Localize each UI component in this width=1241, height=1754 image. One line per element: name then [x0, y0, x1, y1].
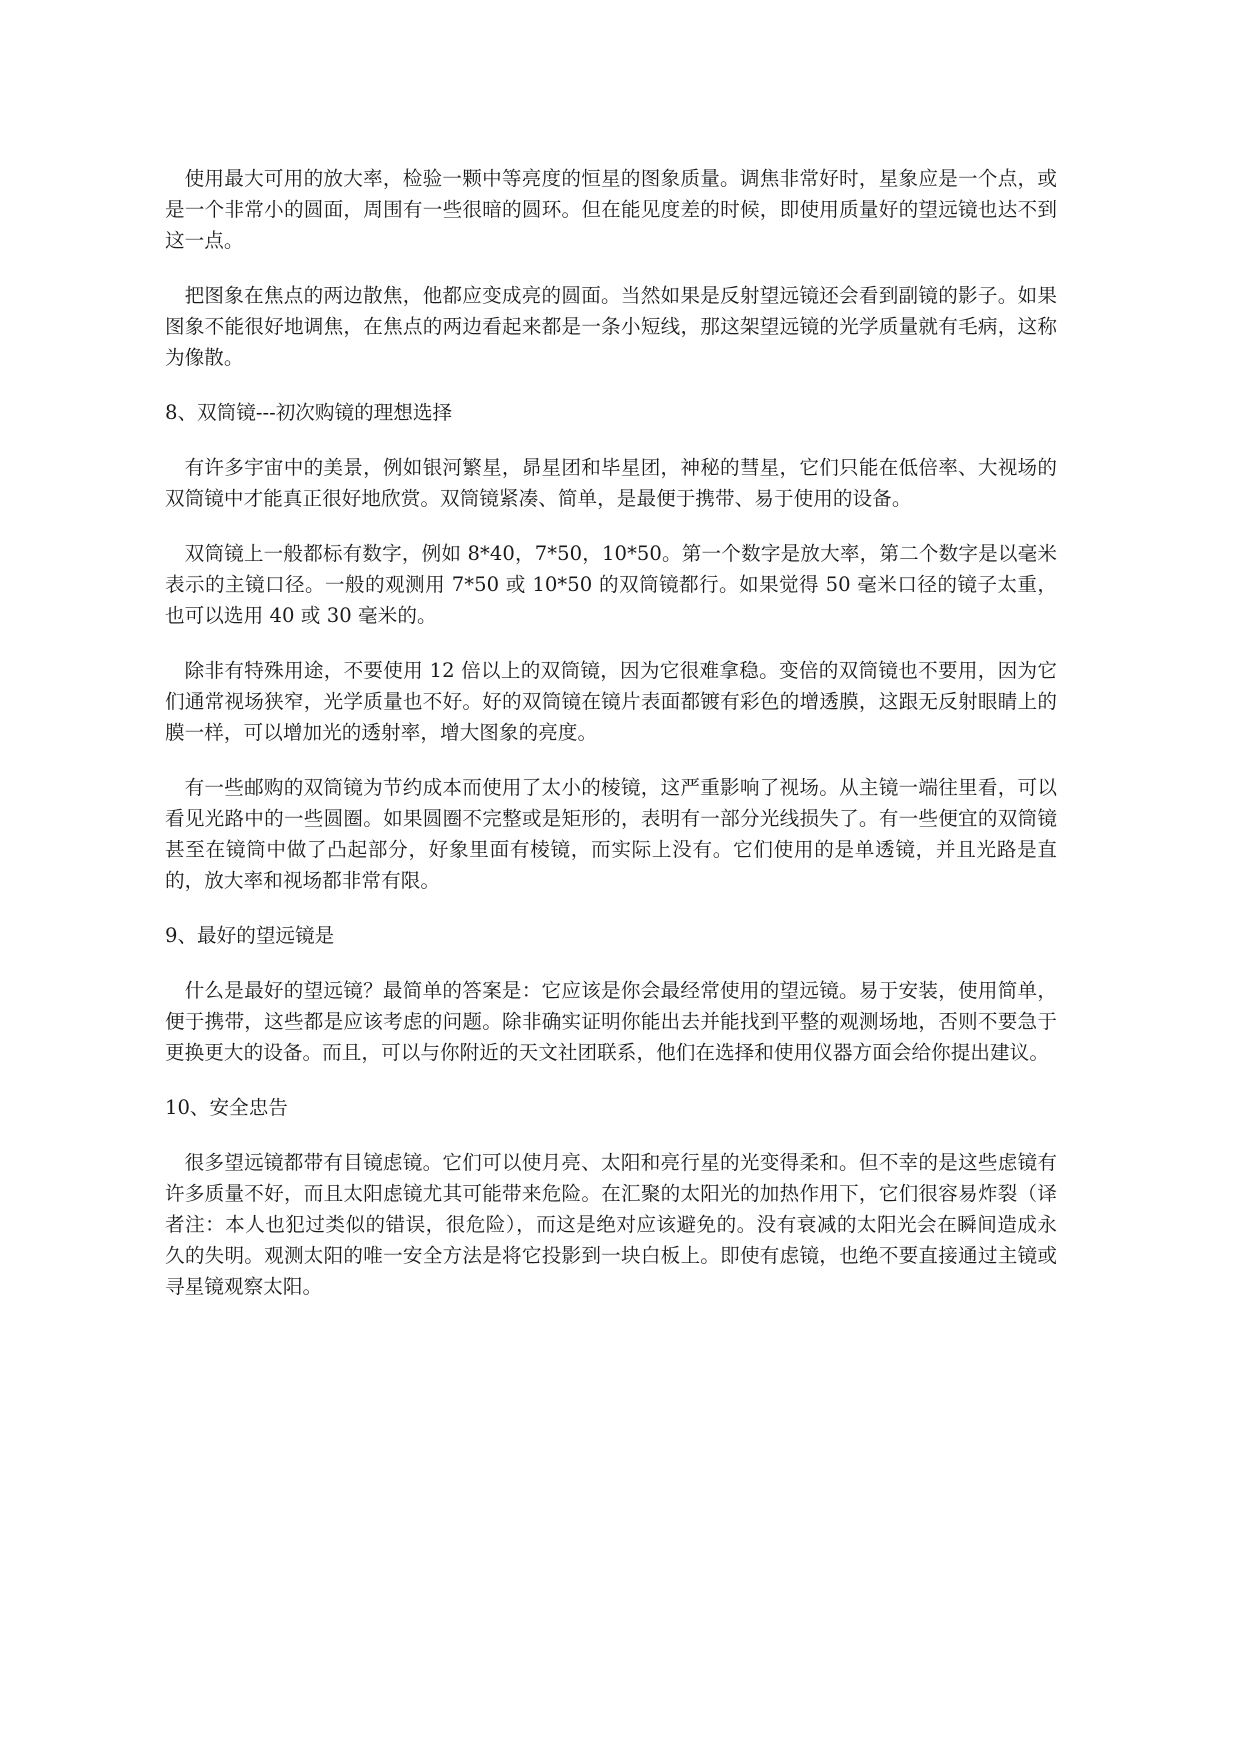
paragraph-defocus-test: 把图象在焦点的两边散焦，他都应变成亮的圆面。当然如果是反射望远镜还会看到副镜的影… — [165, 280, 1057, 373]
section-heading-9-best-telescope: 9、最好的望远镜是 — [165, 920, 1057, 951]
section-heading-10-safety: 10、安全忠告 — [165, 1092, 1057, 1123]
paragraph-binocular-views: 有许多宇宙中的美景，例如银河繁星，昴星团和毕星团，神秘的彗星，它们只能在低倍率、… — [165, 452, 1057, 514]
paragraph-safety-warning: 很多望远镜都带有目镜虑镜。它们可以使月亮、太阳和亮行星的光变得柔和。但不幸的是这… — [165, 1147, 1057, 1302]
section-heading-8-binoculars: 8、双筒镜---初次购镜的理想选择 — [165, 397, 1057, 428]
paragraph-binocular-numbers: 双筒镜上一般都标有数字，例如 8*40，7*50，10*50。第一个数字是放大率… — [165, 538, 1057, 631]
paragraph-binocular-prisms: 有一些邮购的双筒镜为节约成本而使用了太小的棱镜，这严重影响了视场。从主镜一端往里… — [165, 772, 1057, 896]
document-page: 使用最大可用的放大率，检验一颗中等亮度的恒星的图象质量。调焦非常好时，星象应是一… — [165, 163, 1057, 1326]
paragraph-best-telescope: 什么是最好的望远镜？最简单的答案是：它应该是你会最经常使用的望远镜。易于安装，使… — [165, 975, 1057, 1068]
paragraph-binocular-magnification: 除非有特殊用途，不要使用 12 倍以上的双筒镜，因为它很难拿稳。变倍的双筒镜也不… — [165, 655, 1057, 748]
paragraph-star-test: 使用最大可用的放大率，检验一颗中等亮度的恒星的图象质量。调焦非常好时，星象应是一… — [165, 163, 1057, 256]
